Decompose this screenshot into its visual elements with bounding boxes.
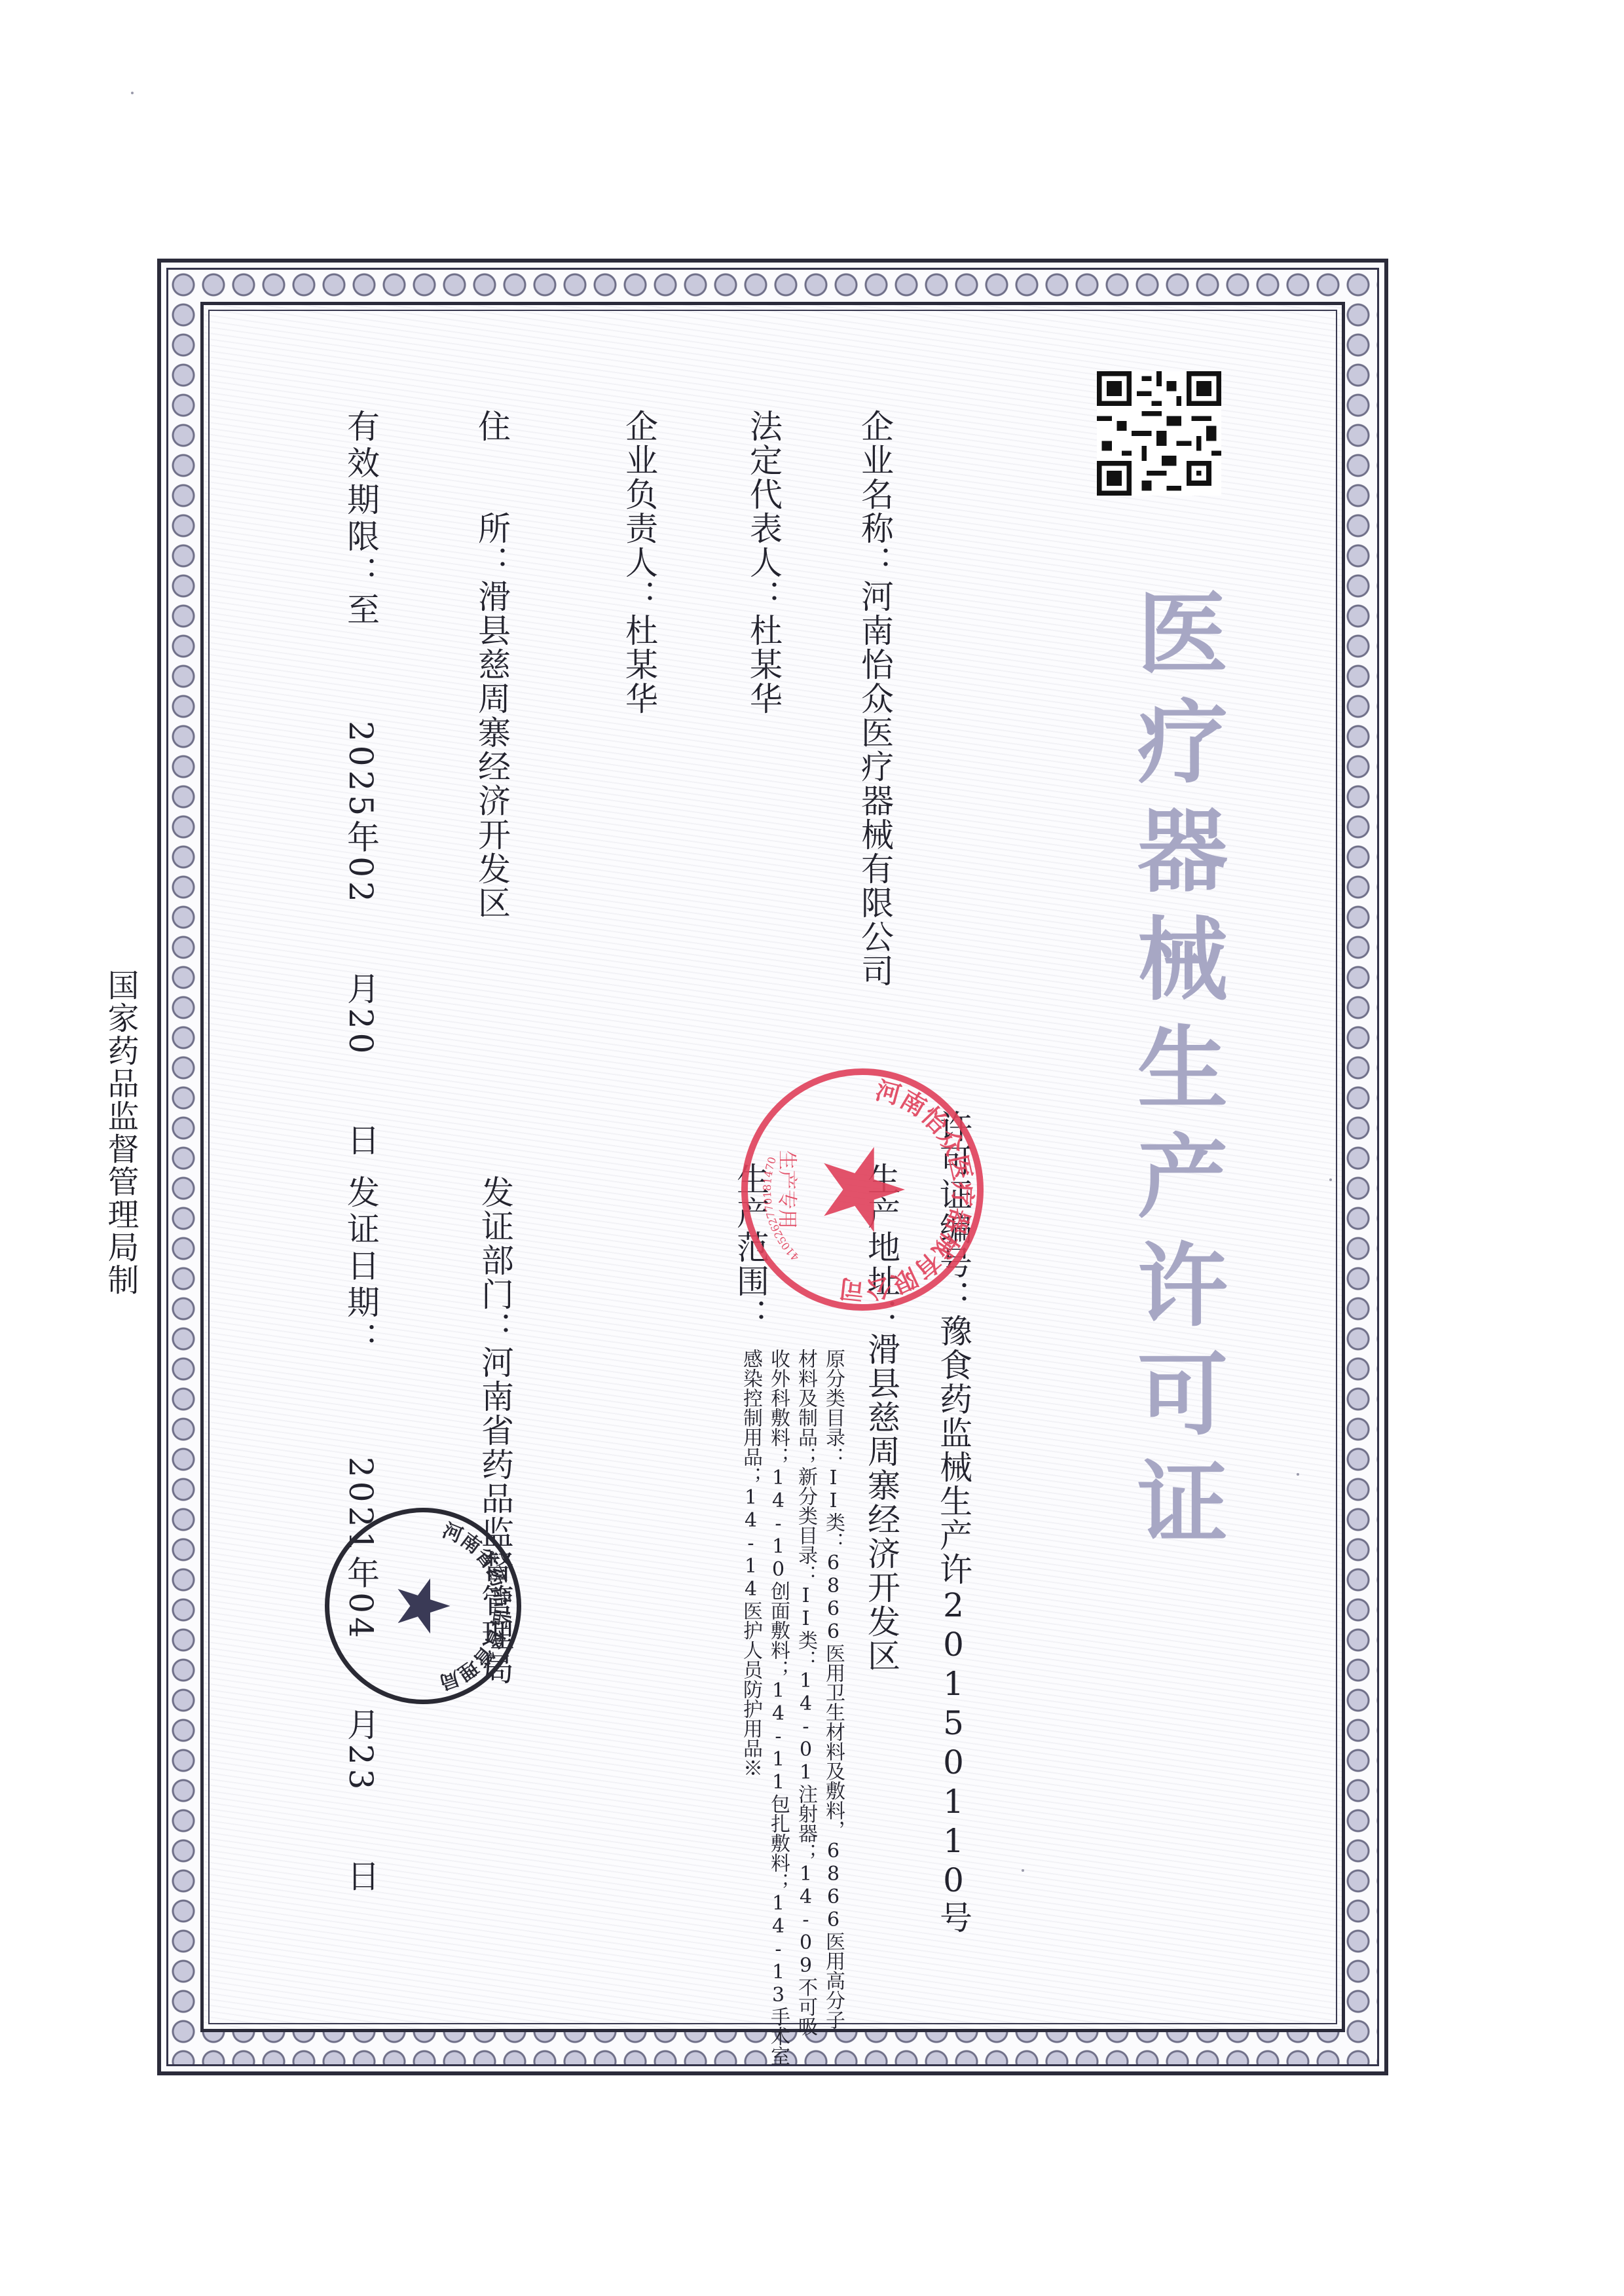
legal-rep-label: 法定代表人： bbox=[745, 409, 783, 613]
production-address-value: 滑县慈周寨经济开发区 bbox=[862, 1332, 900, 1673]
production-scope-text: 原分类目录：II类：6866医用卫生材料及敷料，6866医用高分子材料及制品；新… bbox=[722, 1349, 853, 1872]
production-scope-line: 感染控制用品；14-14医护人员防护用品※ bbox=[737, 1349, 764, 1777]
validity-field: 有效期限：至2025年02月20日 bbox=[337, 409, 391, 1160]
validity-month: 02 bbox=[342, 856, 380, 906]
svg-text:河南怡众医疗器械有限公司: 河南怡众医疗器械有限公司 bbox=[838, 1075, 977, 1304]
issue-date-day: 23 bbox=[342, 1744, 380, 1794]
svg-text:生产专用: 生产专用 bbox=[775, 1150, 798, 1229]
company-name-value: 河南怡众医疗器械有限公司 bbox=[856, 579, 894, 988]
validity-year: 2025 bbox=[342, 721, 380, 820]
svg-text:河南省药品监督管理局: 河南省药品监督管理局 bbox=[437, 1518, 514, 1694]
residence-field: 住 所：滑县慈周寨经济开发区 bbox=[468, 409, 515, 920]
scan-speck bbox=[1297, 1473, 1299, 1476]
person-in-charge-label: 企业负责人： bbox=[620, 409, 658, 613]
scan-speck bbox=[1329, 1178, 1332, 1181]
qr-code-icon bbox=[1097, 371, 1221, 496]
production-scope-line: 原分类目录：II类：6866医用卫生材料及敷料，6866医用高分子 bbox=[820, 1349, 846, 2030]
residence-value: 滑县慈周寨经济开发区 bbox=[473, 579, 511, 920]
certificate-title: 医疗器械生产许可证 bbox=[1110, 586, 1240, 1564]
validity-month-unit: 月 bbox=[342, 972, 380, 1008]
license-number-value: 豫食药监械生产许20150110号 bbox=[934, 1314, 972, 1935]
production-scope-line: 收外科敷料；14-10创面敷料；14-11包扎敷料；14-13手术室 bbox=[765, 1349, 791, 2066]
issue-date-day-unit: 日 bbox=[342, 1859, 380, 1896]
company-seal-ring-text: 河南怡众医疗器械有限公司 4105262770181470 生产专用 bbox=[748, 1075, 977, 1304]
issuing-authority-label: 发证部门： bbox=[476, 1175, 514, 1345]
authority-seal-ring-text: 河南省药品监督管理局 bbox=[329, 1512, 517, 1700]
issue-date-month-unit: 月 bbox=[342, 1707, 380, 1744]
legal-rep-field: 法定代表人：杜某华 bbox=[740, 409, 787, 716]
validity-prefix: 至 bbox=[342, 592, 380, 629]
validity-day: 20 bbox=[342, 1008, 380, 1058]
authority-seal: ★ 河南省药品监督管理局 bbox=[325, 1508, 521, 1704]
company-name-field: 企业名称：河南怡众医疗器械有限公司 bbox=[851, 409, 898, 988]
issuer-footer: 国家药品监督管理局制 bbox=[98, 969, 143, 1296]
validity-year-unit: 年 bbox=[342, 820, 380, 856]
residence-label: 住 所： bbox=[473, 409, 511, 579]
validity-day-unit: 日 bbox=[342, 1123, 380, 1160]
certificate: 医疗器械生产许可证 许可证编号：豫食药监械生产许20150110号 企业名称：河… bbox=[157, 259, 1388, 2075]
issue-date-label: 发证日期： bbox=[342, 1175, 380, 1358]
legal-rep-value: 杜某华 bbox=[745, 613, 783, 716]
scan-speck bbox=[131, 92, 134, 94]
validity-label: 有效期限： bbox=[342, 409, 380, 592]
production-scope-line: 材料及制品；新分类目录：II类：14-01注射器；14-09不可吸 bbox=[792, 1349, 819, 2036]
company-name-label: 企业名称： bbox=[856, 409, 894, 579]
company-seal: ★ 河南怡众医疗器械有限公司 4105262770181470 生产专用 bbox=[741, 1068, 984, 1311]
person-in-charge-value: 杜某华 bbox=[620, 613, 658, 716]
person-in-charge-field: 企业负责人：杜某华 bbox=[616, 409, 663, 716]
